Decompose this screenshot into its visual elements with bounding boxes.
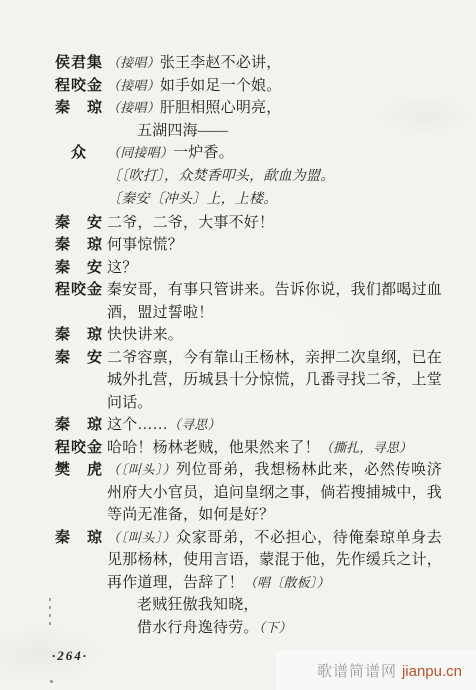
line-text: 秦安哥，有事只管讲来。告诉你说，我们都喝过血酒，盟过誓啦！ (107, 279, 442, 324)
speaker-name: 秦琼 (55, 414, 102, 437)
stage-direction-text: （〔叫头〕） (107, 462, 176, 477)
line-text: 这？ (107, 257, 442, 280)
line-text: （同接唱）一炉香。 (107, 142, 442, 165)
speaker-name: 秦安 (55, 257, 102, 280)
line-text: （接唱）如手如足一个娘。 (107, 75, 442, 98)
speaker-name: 众 (55, 142, 102, 165)
script-line: 众（同接唱）一炉香。 (55, 142, 442, 165)
dialogue-text: 快快讲来。 (107, 327, 183, 343)
speaker-name (55, 617, 102, 640)
script-line: 秦琼何事惊慌？ (55, 234, 442, 257)
script-line: 秦安二爷，二爷，大事不好！ (55, 212, 442, 235)
script-lines: 侯君集（接唱）张王李赵不必讲，程咬金（接唱）如手如足一个娘。秦琼（接唱）肝胆相照… (55, 52, 442, 639)
line-text: 老贼狂傲我知晓， (107, 594, 442, 617)
line-text: 快快讲来。 (107, 324, 442, 347)
line-text: （接唱）张王李赵不必讲， (107, 52, 442, 75)
script-line: 〔〔吹打〕，众焚香叩头，歃血为盟。 (55, 165, 442, 189)
script-page: 侯君集（接唱）张王李赵不必讲，程咬金（接唱）如手如足一个娘。秦琼（接唱）肝胆相照… (0, 0, 476, 690)
stage-direction-text: 〔〔吹打〕，众焚香叩头，歃血为盟。 (107, 169, 334, 184)
speaker-name: 秦琼 (55, 324, 102, 347)
script-line: 借水行舟逸待劳。（下） (55, 617, 442, 640)
speaker-name (55, 594, 102, 617)
speaker-name (55, 188, 102, 212)
dialogue-text: 肝胆相照心明亮， (160, 100, 282, 116)
stage-direction-text: （同接唱） (107, 145, 173, 160)
dialogue-text: 秦安哥，有事只管讲来。告诉你说，我们都喝过血酒，盟过誓啦！ (107, 282, 442, 321)
script-text-area: 侯君集（接唱）张王李赵不必讲，程咬金（接唱）如手如足一个娘。秦琼（接唱）肝胆相照… (55, 52, 442, 639)
script-line: 程咬金哈哈！杨林老贼，他果然来了！（撕扎，寻思） (55, 437, 442, 460)
scan-speck (50, 680, 53, 683)
line-text: （〔叫头〕）列位哥弟，我想杨林此来，必然传唤济州府大小官员，追问皇纲之事，倘若搜… (107, 459, 442, 527)
stage-direction-text: 〔秦安〔冲头〕上，上楼。 (107, 192, 277, 207)
stage-direction-text: （唱〔散板〕） (244, 575, 330, 590)
dialogue-text: 二爷容禀，今有靠山王杨林，亲押二次皇纲，已在城外扎营，历城县十分惊慌，几番寻找二… (107, 350, 442, 411)
script-line: 秦安这？ (55, 257, 442, 280)
stage-direction-text: （接唱） (107, 55, 160, 70)
speaker-name: 程咬金 (55, 437, 102, 460)
script-line: 樊虎（〔叫头〕）列位哥弟，我想杨林此来，必然传唤济州府大小官员，追问皇纲之事，倘… (55, 459, 442, 527)
stage-direction-text: （接唱） (107, 100, 160, 115)
dialogue-text: 一炉香。 (173, 145, 234, 161)
dialogue-text: 如手如足一个娘。 (160, 78, 282, 94)
script-line: 侯君集（接唱）张王李赵不必讲， (55, 52, 442, 75)
line-text: 哈哈！杨林老贼，他果然来了！（撕扎，寻思） (107, 437, 442, 460)
script-line: 秦琼这个……（寻思） (55, 414, 442, 437)
dialogue-text: 老贼狂傲我知晓， (137, 597, 259, 613)
script-line: 程咬金（接唱）如手如足一个娘。 (55, 75, 442, 98)
line-text: 二爷，二爷，大事不好！ (107, 212, 442, 235)
speaker-name: 侯君集 (55, 52, 102, 75)
speaker-name: 秦琼 (55, 97, 102, 120)
dialogue-text: 何事惊慌？ (107, 237, 183, 253)
speaker-name: 秦安 (55, 347, 102, 415)
line-text: （接唱）肝胆相照心明亮， (107, 97, 442, 120)
speaker-name: 秦琼 (55, 527, 102, 595)
line-text: 〔〔吹打〕，众焚香叩头，歃血为盟。 (107, 165, 442, 189)
dialogue-text: 张王李赵不必讲， (160, 55, 282, 71)
stage-direction-text: （〔叫头〕） (107, 530, 176, 545)
speaker-name: 程咬金 (55, 279, 102, 324)
dialogue-text: 借水行舟逸待劳。 (137, 620, 259, 636)
dialogue-text: 这？ (107, 260, 137, 276)
script-line: 秦琼快快讲来。 (55, 324, 442, 347)
speaker-name (55, 165, 102, 189)
dialogue-text: 哈哈！杨林老贼，他果然来了！ (107, 440, 320, 456)
speaker-name: 樊虎 (55, 459, 102, 527)
watermark: 歌谱简谱网jianpu.cn (317, 660, 462, 681)
watermark-site-link[interactable]: jianpu.cn (402, 663, 462, 680)
line-text: 二爷容禀，今有靠山王杨林，亲押二次皇纲，已在城外扎营，历城县十分惊慌，几番寻找二… (107, 347, 442, 415)
page-number: ·264· (52, 648, 88, 664)
speaker-name: 秦琼 (55, 234, 102, 257)
dialogue-text: 这个…… (107, 417, 168, 433)
line-text: 借水行舟逸待劳。（下） (107, 617, 442, 640)
line-text: 何事惊慌？ (107, 234, 442, 257)
script-line: 秦琼（〔叫头〕）众家哥弟，不必担心，待俺秦琼单身去见那杨林，使用言语，蒙混于他，… (55, 527, 442, 595)
line-text: 这个……（寻思） (107, 414, 442, 437)
script-line: 〔秦安〔冲头〕上，上楼。 (55, 188, 442, 212)
line-text: 〔秦安〔冲头〕上，上楼。 (107, 188, 442, 212)
scan-crease-mark (49, 598, 51, 626)
dialogue-text: 五湖四海—— (137, 123, 228, 139)
stage-direction-text: （寻思） (168, 417, 221, 432)
stage-direction-text: （撕扎，寻思） (320, 440, 412, 455)
line-text: 五湖四海—— (107, 120, 442, 143)
dialogue-text: 二爷，二爷，大事不好！ (107, 215, 274, 231)
script-line: 秦琼（接唱）肝胆相照心明亮， (55, 97, 442, 120)
speaker-name: 程咬金 (55, 75, 102, 98)
stage-direction-text: （下） (259, 620, 292, 635)
speaker-name: 秦安 (55, 212, 102, 235)
script-line: 五湖四海—— (55, 120, 442, 143)
watermark-site-name: 歌谱简谱网 (317, 663, 397, 680)
speaker-name (55, 120, 102, 143)
script-line: 程咬金秦安哥，有事只管讲来。告诉你说，我们都喝过血酒，盟过誓啦！ (55, 279, 442, 324)
script-line: 老贼狂傲我知晓， (55, 594, 442, 617)
script-line: 秦安二爷容禀，今有靠山王杨林，亲押二次皇纲，已在城外扎营，历城县十分惊慌，几番寻… (55, 347, 442, 415)
line-text: （〔叫头〕）众家哥弟，不必担心，待俺秦琼单身去见那杨林，使用言语，蒙混于他，先作… (107, 527, 442, 595)
stage-direction-text: （接唱） (107, 78, 160, 93)
